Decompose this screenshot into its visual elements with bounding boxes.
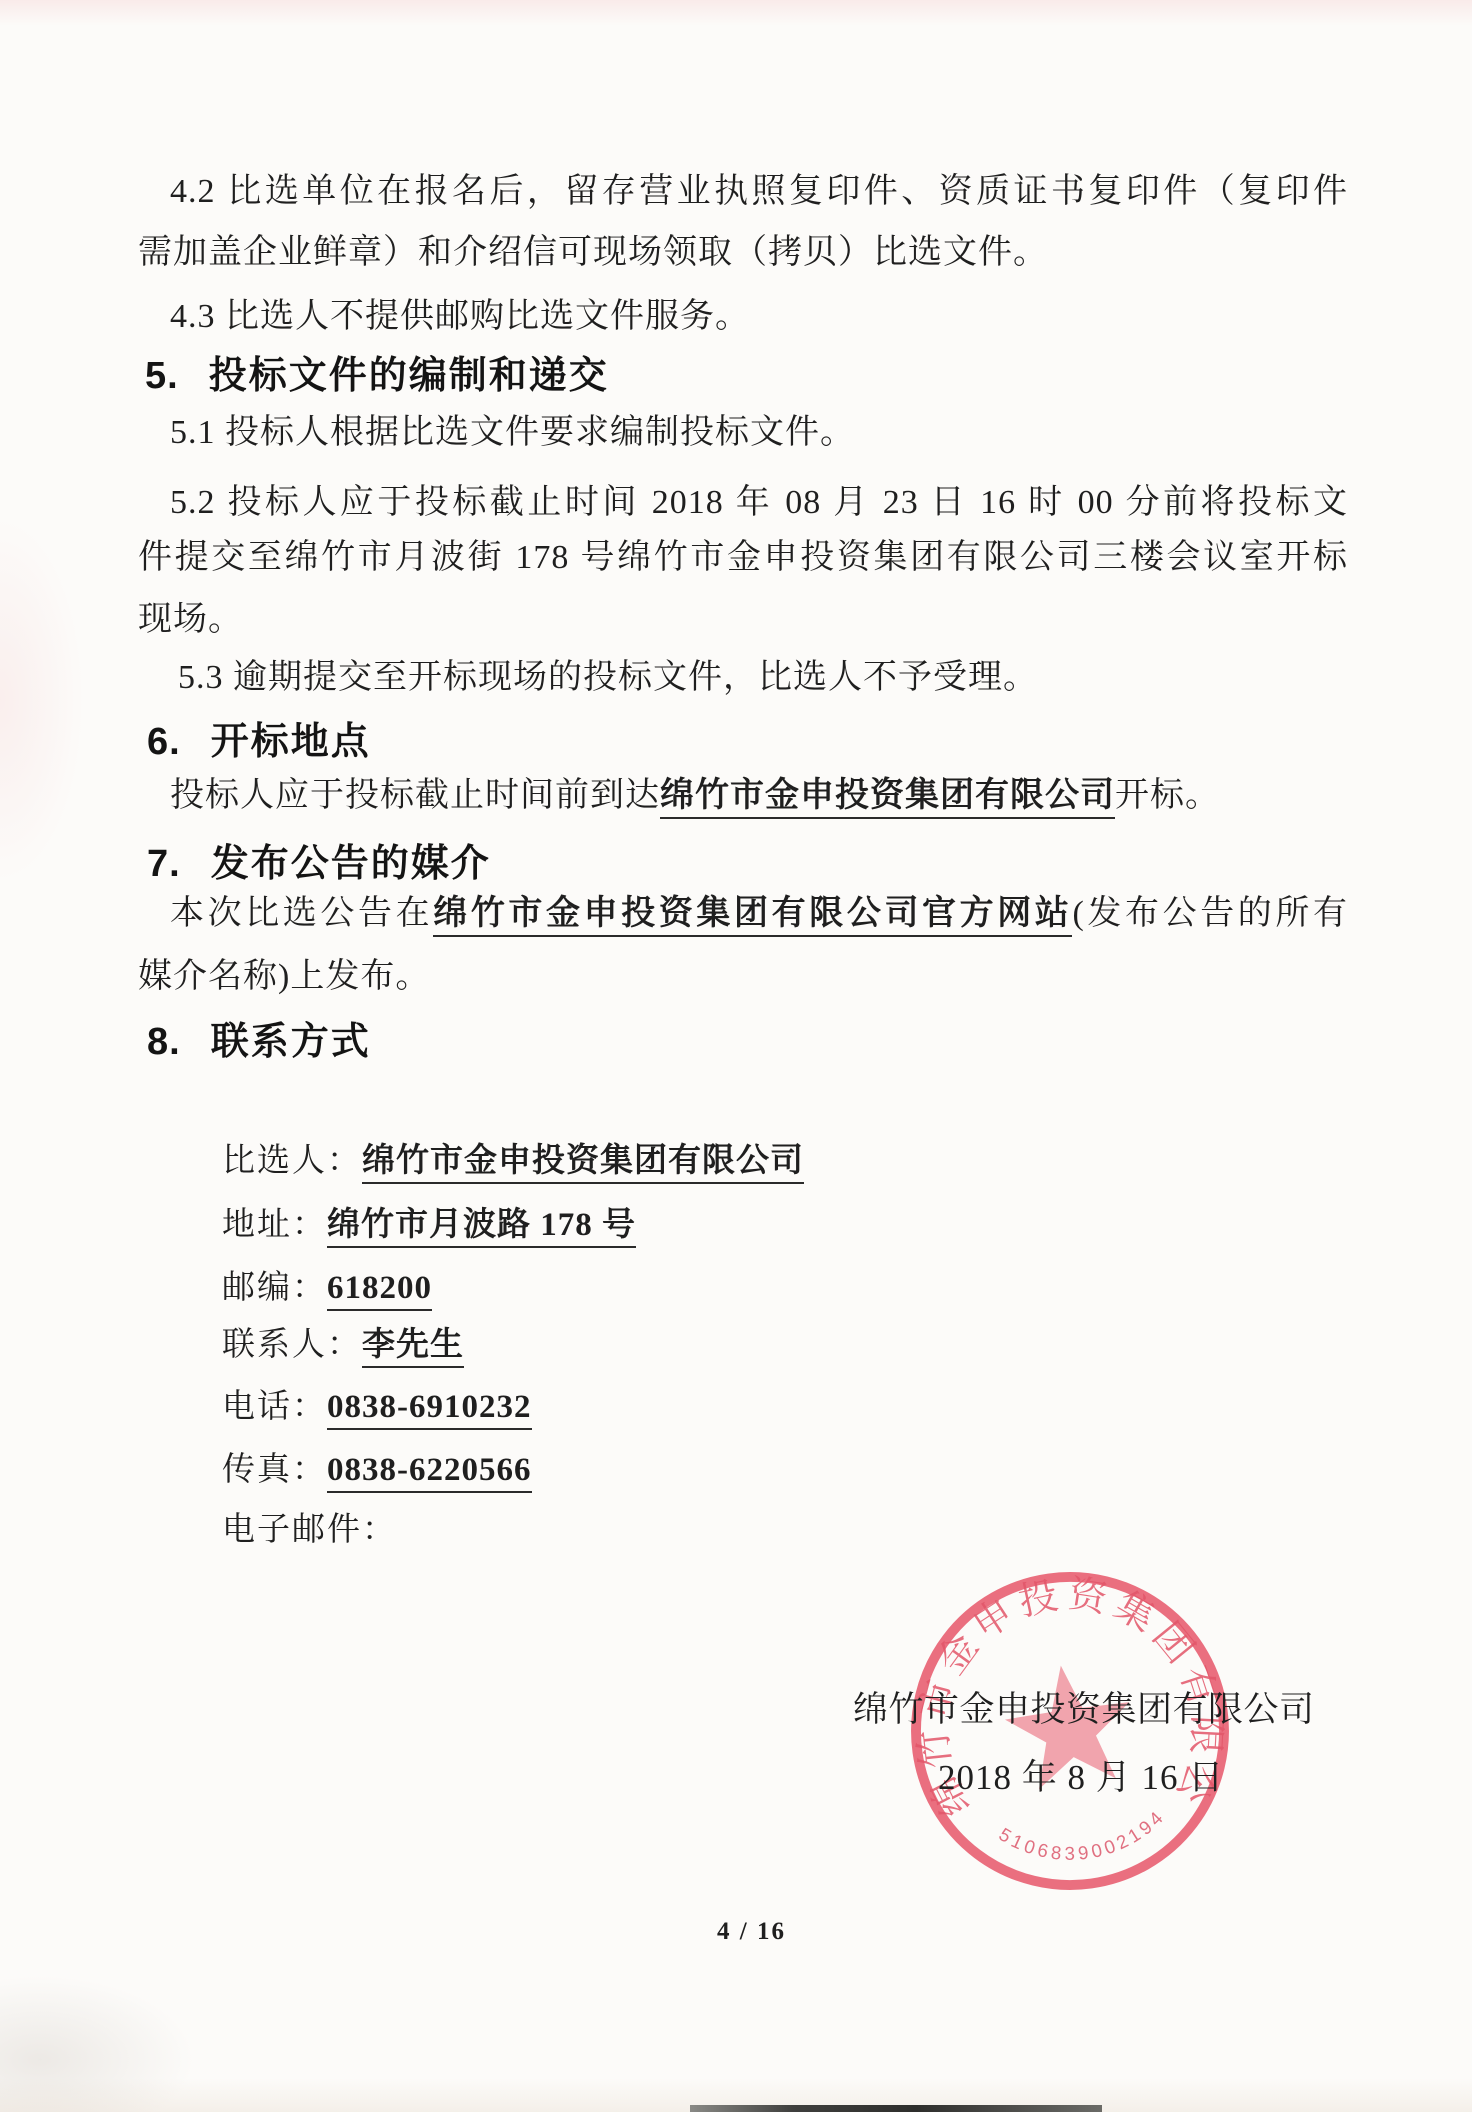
- contact-label: 传真：: [222, 1452, 327, 1488]
- section-8-number: 8.: [147, 1021, 181, 1064]
- paragraph-5-2-line1: 5.2 投标人应于投标截止时间 2018 年 08 月 23 日 16 时 00…: [170, 483, 1348, 523]
- contact-label: 联系人：: [222, 1327, 362, 1363]
- contact-value: 李先生: [362, 1327, 464, 1368]
- contact-row-contact-person: 联系人：李先生: [222, 1318, 464, 1365]
- paragraph-4-3: 4.3 比选人不提供邮购比选文件服务。: [170, 297, 750, 337]
- section-6-heading: 6.开标地点: [147, 710, 371, 765]
- section-8-title: 联系方式: [211, 1010, 371, 1065]
- paragraph-6: 投标人应于投标截止时间前到达绵竹市金申投资集团有限公司开标。: [170, 776, 1220, 816]
- paragraph-6-suffix: 开标。: [1115, 777, 1220, 814]
- contact-value: 0838-6910232: [327, 1389, 532, 1430]
- contact-row-bidder: 比选人：绵竹市金申投资集团有限公司: [222, 1134, 804, 1181]
- section-5-title: 投标文件的编制和递交: [209, 344, 609, 399]
- section-8-heading: 8.联系方式: [147, 1010, 371, 1065]
- section-7-title: 发布公告的媒介: [211, 832, 491, 887]
- paragraph-5-1: 5.1 投标人根据比选文件要求编制投标文件。: [170, 413, 855, 453]
- paragraph-5-2-line3: 现场。: [138, 600, 243, 640]
- paragraph-4-2-line2: 需加盖企业鲜章）和介绍信可现场领取（拷贝）比选文件。: [138, 233, 1048, 273]
- contact-row-phone: 电话：0838-6910232: [222, 1380, 532, 1427]
- paragraph-6-company-underlined: 绵竹市金申投资集团有限公司: [660, 777, 1115, 819]
- contact-value: 绵竹市月波路 178 号: [327, 1207, 636, 1248]
- page-number: 4 / 16: [717, 1918, 786, 1946]
- section-7-heading: 7.发布公告的媒介: [147, 832, 491, 887]
- contact-row-address: 地址：绵竹市月波路 178 号: [222, 1198, 636, 1245]
- contact-value: 0838-6220566: [327, 1452, 532, 1493]
- paragraph-5-3: 5.3 逾期提交至开标现场的投标文件，比选人不予受理。: [178, 658, 1038, 698]
- scan-edge-artifact: [690, 2105, 1102, 2112]
- signature-date: 2018 年 8 月 16 日: [938, 1750, 1224, 1800]
- paragraph-7-line2: 媒介名称)上发布。: [138, 957, 430, 997]
- contact-value: 618200: [327, 1270, 432, 1311]
- contact-label: 电子邮件：: [222, 1512, 397, 1548]
- section-6-number: 6.: [147, 721, 181, 764]
- document-page: 4.2 比选单位在报名后，留存营业执照复印件、资质证书复印件（复印件 需加盖企业…: [0, 0, 1472, 2112]
- paragraph-7-line1: 本次比选公告在绵竹市金申投资集团有限公司官方网站(发布公告的所有: [170, 894, 1348, 934]
- paragraph-7-prefix: 本次比选公告在: [170, 895, 433, 932]
- contact-row-postcode: 邮编：618200: [222, 1261, 432, 1308]
- paragraph-7-website-underlined: 绵竹市金申投资集团有限公司官方网站: [433, 895, 1072, 937]
- paragraph-6-prefix: 投标人应于投标截止时间前到达: [170, 777, 660, 814]
- contact-value: 绵竹市金申投资集团有限公司: [362, 1143, 804, 1184]
- section-5-number: 5.: [145, 355, 179, 398]
- paragraph-4-2-line1: 4.2 比选单位在报名后，留存营业执照复印件、资质证书复印件（复印件: [170, 172, 1348, 212]
- paragraph-5-2-line2: 件提交至绵竹市月波街 178 号绵竹市金申投资集团有限公司三楼会议室开标: [138, 538, 1348, 578]
- contact-label: 电话：: [222, 1389, 327, 1425]
- contact-row-email: 电子邮件：: [222, 1503, 397, 1550]
- signature-company-name: 绵竹市金申投资集团有限公司: [853, 1682, 1315, 1732]
- section-5-heading: 5.投标文件的编制和递交: [145, 344, 609, 399]
- contact-label: 比选人：: [222, 1143, 362, 1179]
- contact-label: 邮编：: [222, 1270, 327, 1306]
- section-7-number: 7.: [147, 843, 181, 886]
- section-6-title: 开标地点: [211, 710, 371, 765]
- paragraph-7-suffix: (发布公告的所有: [1072, 895, 1348, 932]
- contact-row-fax: 传真：0838-6220566: [222, 1443, 532, 1490]
- contact-label: 地址：: [222, 1207, 327, 1243]
